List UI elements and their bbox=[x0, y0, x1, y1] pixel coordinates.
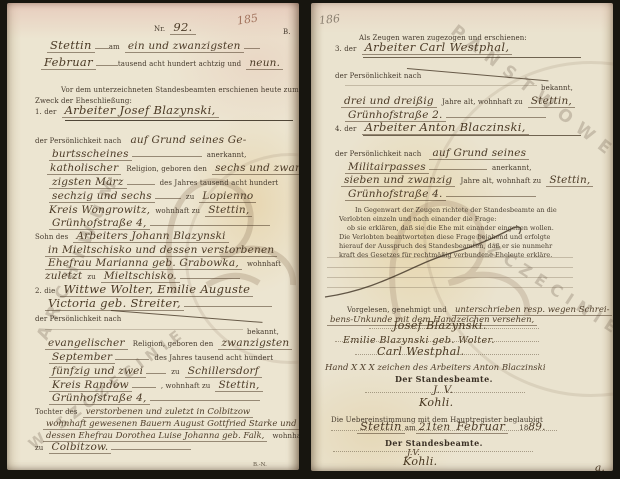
registry-page-left: ARCHIWUM W SZCZECINIE 185 B. Nr. 92. Ste… bbox=[7, 3, 299, 470]
cancellation-stroke bbox=[407, 68, 549, 81]
witness2-name-line: 4. der Arbeiter Anton Blaczinski, bbox=[335, 118, 529, 134]
form-corner-mark: B. bbox=[283, 21, 291, 37]
blank-rule bbox=[327, 267, 573, 268]
section-rule bbox=[363, 135, 581, 136]
witness1-name: Arbeiter Carl Westphal, bbox=[362, 40, 513, 55]
bride-identity-line: der Persönlichkeit nach bbox=[35, 308, 121, 324]
record-number: Nr. 92. bbox=[154, 18, 196, 34]
groom-name: Arbeiter Josef Blazynski, bbox=[62, 103, 219, 118]
blank-rule bbox=[327, 277, 573, 278]
signature-witness1: Carl Westphal. bbox=[377, 342, 465, 358]
registrar-signature: Kohli. bbox=[419, 393, 454, 409]
bride-parents-line: zu Colbitzow. bbox=[35, 437, 191, 453]
printer-mark: B.-N. bbox=[253, 453, 267, 469]
folio-number: 185 bbox=[237, 10, 258, 26]
scanned-registry-document: ARCHIWUM W SZCZECINIE 185 B. Nr. 92. Ste… bbox=[0, 0, 620, 479]
year-entry: neun. bbox=[246, 57, 283, 70]
witness2-street-line: Grünhofstraße 4. bbox=[345, 184, 536, 200]
date-line-1: Stettinam ein und zwanzigsten bbox=[47, 36, 260, 52]
registry-page-right: PAŃSTWOWE SZCZECINIE 186 Als Zeugen ware… bbox=[311, 3, 613, 471]
registrar-label: Der Standesbeamte. bbox=[385, 433, 483, 449]
groom-name-line: 1. der Arbeiter Josef Blazynski, bbox=[35, 101, 219, 117]
section-rule bbox=[363, 57, 581, 58]
date-line-2: Februartausend acht hundert achtzig und … bbox=[41, 53, 283, 69]
signature-rule bbox=[369, 328, 539, 329]
cancellation-stroke bbox=[111, 310, 263, 323]
witness1-name-line: 3. der Arbeiter Carl Westphal, bbox=[335, 38, 512, 54]
corner-mark: a. bbox=[595, 458, 605, 471]
blank-rule bbox=[327, 257, 573, 258]
folio-number: 186 bbox=[319, 10, 340, 26]
signature-rule bbox=[331, 430, 557, 431]
witness2-name: Arbeiter Anton Blaczinski, bbox=[362, 120, 529, 135]
day-entry: ein und zwanzigsten bbox=[125, 40, 244, 53]
signature-rule bbox=[355, 354, 539, 355]
place-entry: Stettin bbox=[47, 38, 95, 53]
section-rule bbox=[65, 120, 293, 121]
month-entry: Februar bbox=[41, 55, 96, 70]
registrar-signature: Kohli. bbox=[403, 452, 438, 468]
fill-line bbox=[345, 85, 537, 86]
fill-line bbox=[45, 329, 243, 330]
blank-rule bbox=[327, 287, 573, 288]
